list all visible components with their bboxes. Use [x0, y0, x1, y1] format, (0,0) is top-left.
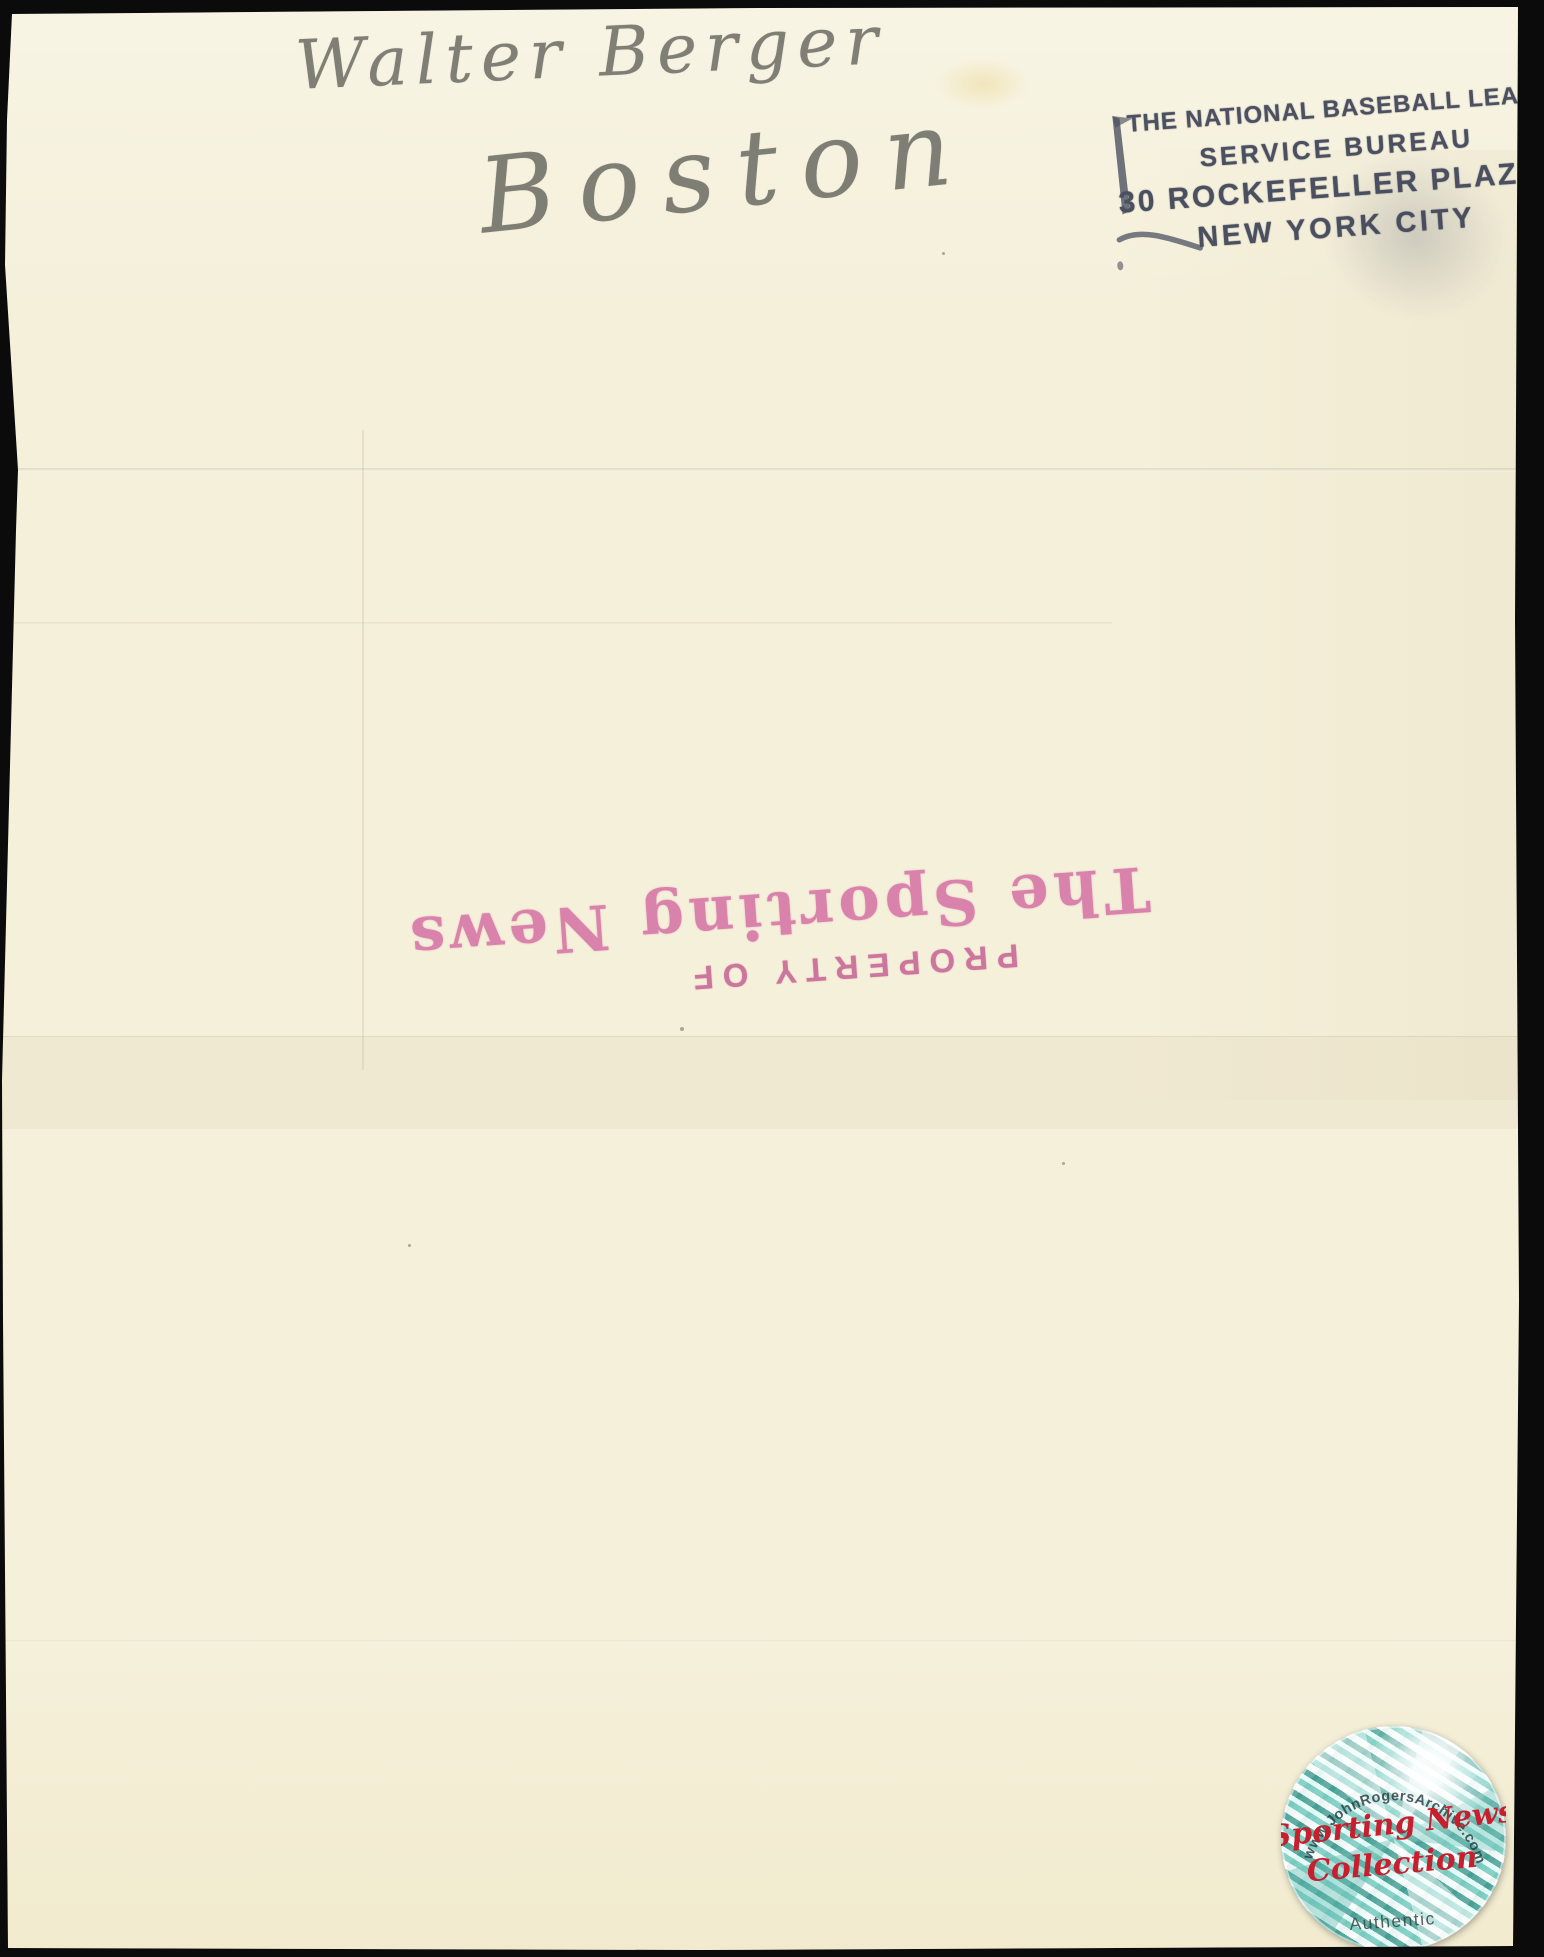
scan-background: Walter Berger Boston THE NATIONAL BASEBA…	[0, 0, 1544, 1957]
national-league-stamp: THE NATIONAL BASEBALL LEAGUE SERVICE BUR…	[1112, 81, 1544, 261]
crease-line-vertical	[362, 430, 364, 1070]
paper-speck	[942, 252, 945, 255]
crease-line	[0, 1640, 1544, 1643]
sporting-news-collection-sticker: www.JohnRogersArchive.com Sporting News …	[1281, 1726, 1506, 1951]
paper-shading-right	[1114, 150, 1544, 1100]
ink-speck	[1117, 261, 1124, 270]
property-stamp: PROPERTY OF The Sporting News	[540, 815, 1156, 1015]
photo-back-paper: Walter Berger Boston THE NATIONAL BASEBA…	[0, 0, 1544, 1957]
crease-line	[0, 468, 1544, 472]
paper-speck	[680, 1027, 684, 1031]
pennant-pole-icon	[1104, 105, 1226, 285]
sticker-authentic-label: Authentic	[1349, 1908, 1437, 1934]
paper-speck	[1062, 1162, 1065, 1165]
paper-speck	[408, 1244, 411, 1247]
crease-band	[0, 1036, 1544, 1130]
handwritten-player-name: Walter Berger	[294, 1, 888, 106]
underline-swoosh-icon	[1119, 230, 1200, 254]
crease-line	[0, 622, 1112, 625]
handwritten-team-city: Boston	[473, 84, 979, 257]
